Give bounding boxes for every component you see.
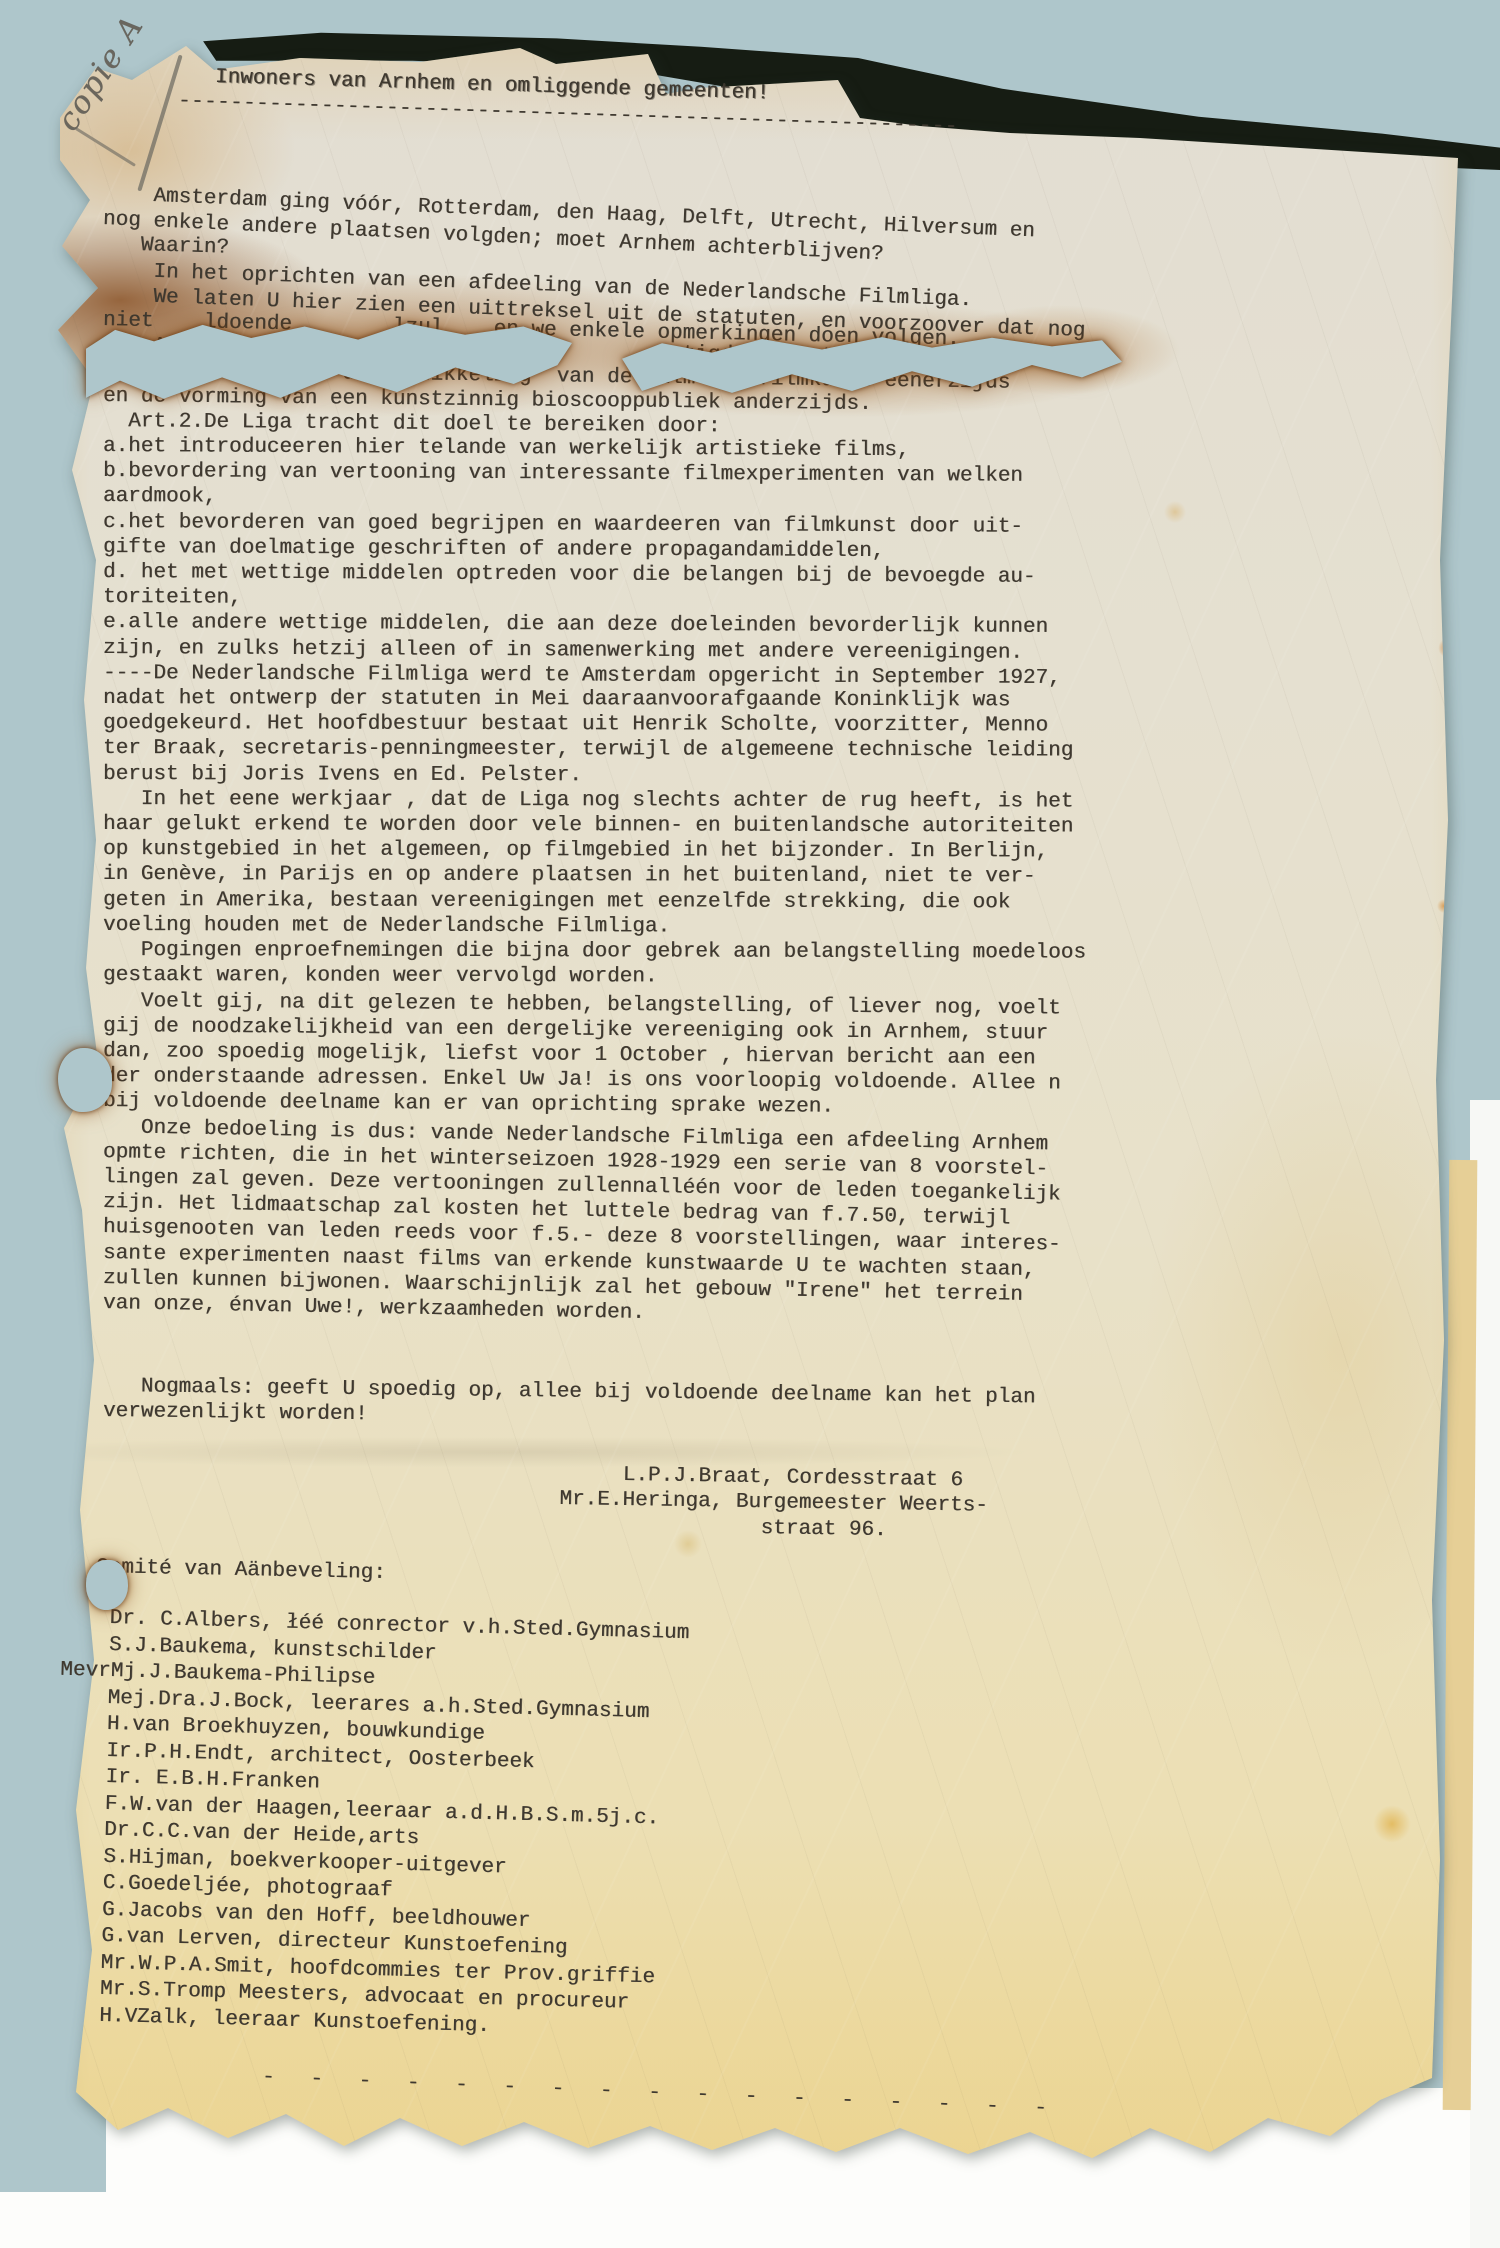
- committee-member-list: Dr. C.Albers, łéé conrector v.h.Sted.Gym…: [99, 1606, 690, 2045]
- body-text-line: op kunstgebied in het algemeen, op filmg…: [103, 837, 1223, 865]
- tear-cutout: [86, 320, 572, 402]
- hole-cutout: [86, 1560, 128, 1610]
- body-text-line: gestaakt waren, konden weer vervolgd wor…: [103, 963, 1223, 991]
- contact-address-block: L.P.J.Braat, Cordesstraat 6Mr.E.Heringa,…: [559, 1462, 989, 1545]
- body-text-line: In het eene werkjaar , dat de Liga nog s…: [103, 787, 1223, 815]
- paper-tear-hole-left: [86, 320, 572, 402]
- body-text-line: haar gelukt erkend te worden door vele b…: [103, 812, 1223, 840]
- paper-hole-committee: [86, 1560, 128, 1610]
- body-text-line: in Genève, in Parijs en op andere plaats…: [103, 862, 1223, 890]
- body-text-line: Pogingen enproefnemingen die bijna door …: [103, 938, 1223, 966]
- body-text-line: goedgekeurd. Het hoofdbestuur bestaat ui…: [103, 711, 1223, 739]
- body-text-line: nadat het ontwerp der statuten in Mei da…: [103, 686, 1223, 714]
- body-text-line: berust bij Joris Ivens en Ed. Pelster.: [103, 762, 1223, 790]
- hole-cutout: [58, 1048, 112, 1112]
- tear-cutout: [622, 334, 1122, 396]
- body-text-line: geten in Amerika, bestaan vereenigingen …: [103, 888, 1223, 916]
- paper-hole-left-edge: [58, 1048, 112, 1112]
- body-text-line: ter Braak, secretaris-penningmeester, te…: [103, 736, 1223, 764]
- body-text-line: voeling houden met de Nederlandsche Film…: [103, 913, 1223, 941]
- paper-tear-hole-right: [622, 334, 1122, 396]
